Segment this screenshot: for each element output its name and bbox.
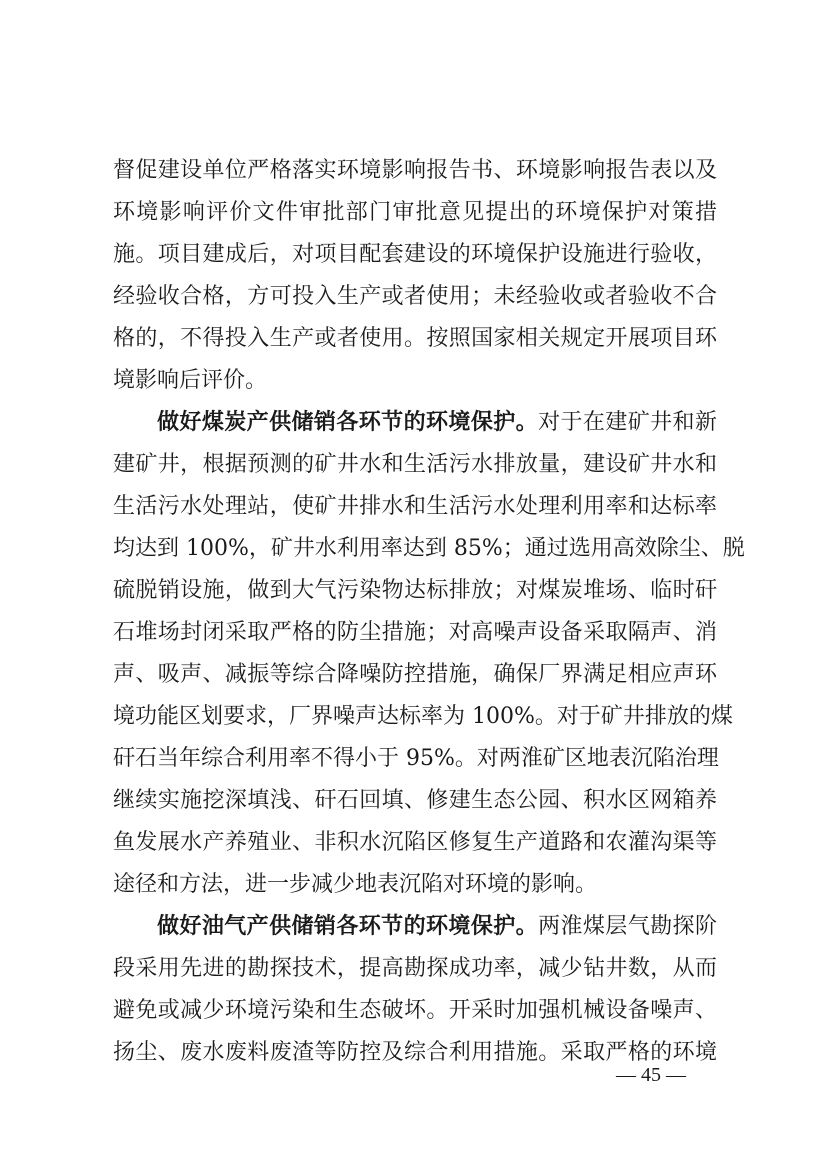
text-line: 硫脱销设施，做到大气污染物达标排放；对煤炭堆场、临时矸 [113, 570, 717, 612]
text-line: 矸石当年综合利用率不得小于 95%。对两淮矿区地表沉陷治理 [113, 738, 717, 780]
page-number: — 45 — [616, 1064, 686, 1087]
text-line: 均达到 100%，矿井水利用率达到 85%；通过选用高效除尘、脱 [113, 528, 717, 570]
text-line: 督促建设单位严格落实环境影响报告书、环境影响报告表以及 [113, 150, 717, 192]
text-line: 鱼发展水产养殖业、非积水沉陷区修复生产道路和农灌沟渠等 [113, 822, 717, 864]
text-line: 段采用先进的勘探技术，提高勘探成功率，减少钻井数，从而 [113, 948, 717, 990]
text-line: 格的，不得投入生产或者使用。按照国家相关规定开展项目环 [113, 318, 717, 360]
section-heading-line: 做好煤炭产供储销各环节的环境保护。对于在建矿井和新 [157, 402, 717, 444]
section-heading-coal: 做好煤炭产供储销各环节的环境保护。 [157, 410, 538, 435]
text-line: 石堆场封闭采取严格的防尘措施；对高噪声设备采取隔声、消 [113, 612, 717, 654]
text-line: 继续实施挖深填浅、矸石回填、修建生态公园、积水区网箱养 [113, 780, 717, 822]
section-heading-line: 做好油气产供储销各环节的环境保护。两淮煤层气勘探阶 [157, 906, 717, 948]
text-line: 声、吸声、减振等综合降噪防控措施，确保厂界满足相应声环 [113, 654, 717, 696]
text-run: 两淮煤层气勘探阶 [538, 914, 717, 939]
text-line: 途径和方法，进一步减少地表沉陷对环境的影响。 [113, 864, 717, 906]
text-line: 避免或减少环境污染和生态破坏。开采时加强机械设备噪声、 [113, 990, 717, 1032]
text-run: 对于在建矿井和新 [538, 410, 717, 435]
text-line: 施。项目建成后，对项目配套建设的环境保护设施进行验收， [113, 234, 717, 276]
text-line: 环境影响评价文件审批部门审批意见提出的环境保护对策措 [113, 192, 717, 234]
text-line: 境功能区划要求，厂界噪声达标率为 100%。对于矿井排放的煤 [113, 696, 717, 738]
section-heading-oil-gas: 做好油气产供储销各环节的环境保护。 [157, 914, 538, 939]
text-line: 生活污水处理站，使矿井排水和生活污水处理利用率和达标率 [113, 486, 717, 528]
text-line: 境影响后评价。 [113, 360, 717, 402]
text-line: 建矿井，根据预测的矿井水和生活污水排放量，建设矿井水和 [113, 444, 717, 486]
document-page: 督促建设单位严格落实环境影响报告书、环境影响报告表以及 环境影响评价文件审批部门… [0, 0, 826, 1169]
text-line: 经验收合格，方可投入生产或者使用；未经验收或者验收不合 [113, 276, 717, 318]
